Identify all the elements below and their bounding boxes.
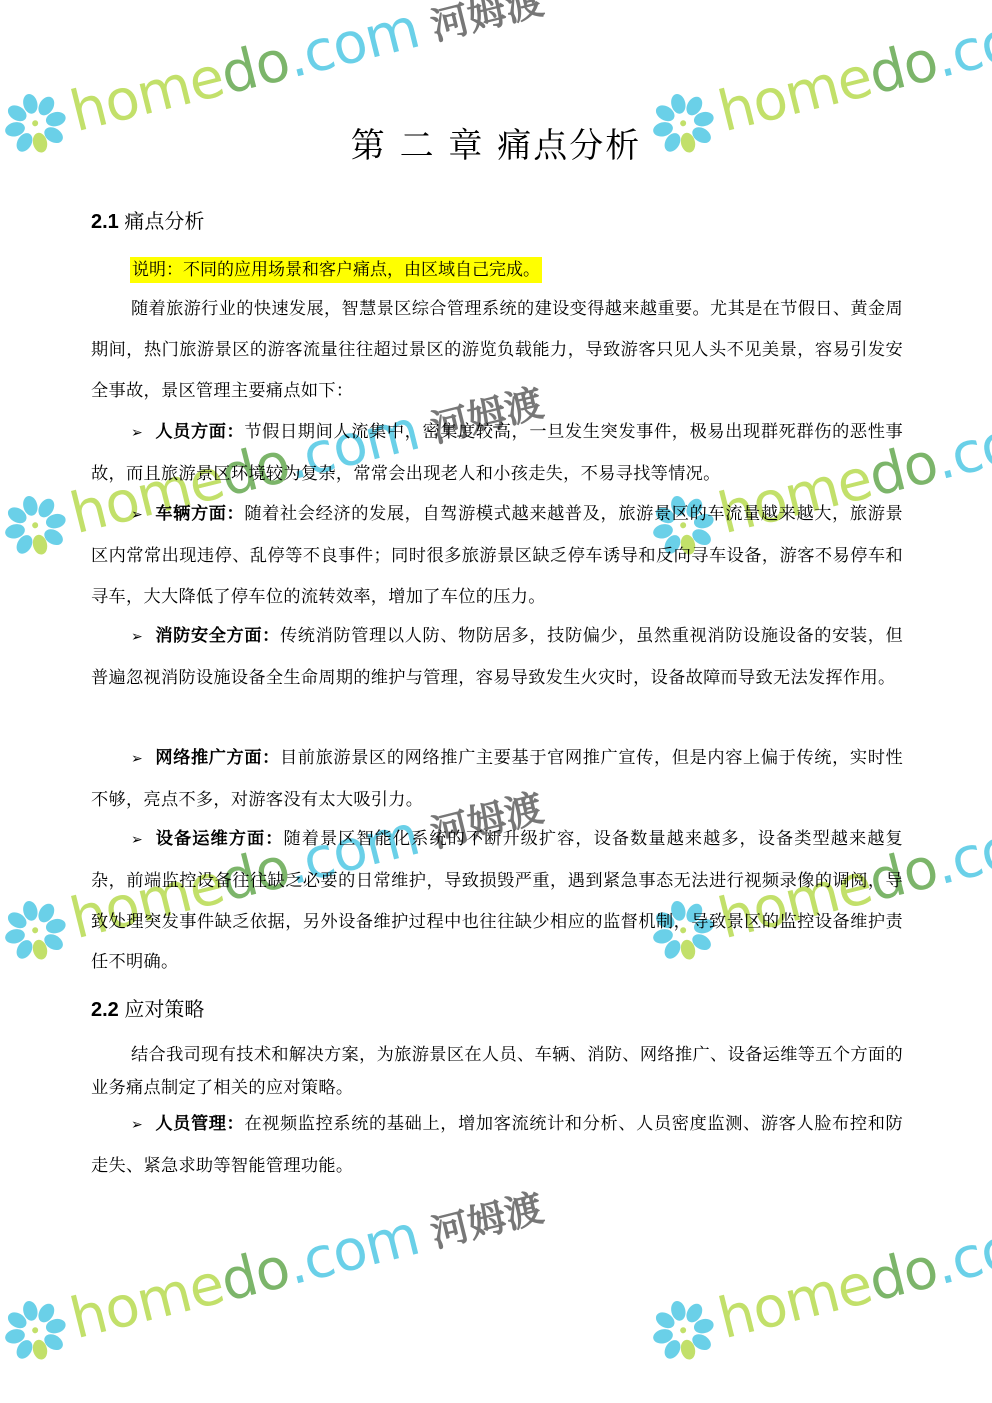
bullet-equipment-maintenance: ➢设备运维方面：随着景区智能化系统的不断升级扩容，设备数量越来越多，设备类型越来… [91,819,903,983]
bullet-online-promotion: ➢网络推广方面：目前旅游景区的网络推广主要基于官网推广宣传，但是内容上偏于传统，… [91,738,903,821]
arrow-bullet-icon: ➢ [131,820,155,861]
section-heading-2-1: 2.1 痛点分析 [91,208,204,236]
document-page: homedo.com河姆渡 homedo.com homedo.com河姆渡 [0,0,992,1403]
section-number: 2.1 [91,211,119,233]
section-title: 痛点分析 [124,211,204,233]
bullet-text: 随着景区智能化系统的不断升级扩容，设备数量越来越多，设备类型越来越复杂，前端监控… [91,829,903,972]
bullet-label: 人员管理： [155,1114,244,1134]
bullet-label: 消防安全方面： [155,626,280,646]
homedo-flower-logo-icon [644,1291,722,1369]
intro-paragraph: 随着旅游行业的快速发展，智慧景区综合管理系统的建设变得越来越重要。尤其是在节假日… [91,289,903,411]
bullet-people: ➢人员方面：节假日期间人流集中，密集度较高，一旦发生突发事件，极易出现群死群伤的… [91,412,903,495]
bullet-people-management: ➢人员管理：在视频监控系统的基础上，增加客流统计和分析、人员密度监测、游客人脸布… [91,1104,903,1187]
watermark: homedo.com [644,1203,992,1369]
watermark: homedo.com河姆渡 [0,1172,549,1369]
homedo-flower-logo-icon [0,486,74,564]
arrow-bullet-icon: ➢ [131,739,155,780]
bullet-label: 车辆方面： [155,504,244,524]
bullet-label: 设备运维方面： [155,829,283,849]
chapter-title: 第 二 章 痛点分析 [0,124,992,168]
strategy-intro-paragraph: 结合我司现有技术和解决方案，为旅游景区在人员、车辆、消防、网络推广、设备运维等五… [91,1039,903,1105]
bullet-label: 人员方面： [155,422,244,442]
section-title: 应对策略 [124,999,204,1021]
section-heading-2-2: 2.2 应对策略 [91,996,204,1024]
bullet-label: 网络推广方面： [155,748,280,768]
arrow-bullet-icon: ➢ [131,495,155,536]
arrow-bullet-icon: ➢ [131,617,155,658]
section-number: 2.2 [91,999,119,1021]
highlighted-note: 说明：不同的应用场景和客户痛点，由区域自己完成。 [130,257,542,283]
bullet-vehicles: ➢车辆方面：随着社会经济的发展，自驾游模式越来越普及，旅游景区的车流量越来越大，… [91,494,903,617]
arrow-bullet-icon: ➢ [131,1105,155,1146]
bullet-fire-safety: ➢消防安全方面：传统消防管理以人防、物防居多，技防偏少，虽然重视消防设施设备的安… [91,616,903,699]
arrow-bullet-icon: ➢ [131,413,155,454]
homedo-flower-logo-icon [0,891,74,969]
homedo-flower-logo-icon [0,1291,74,1369]
